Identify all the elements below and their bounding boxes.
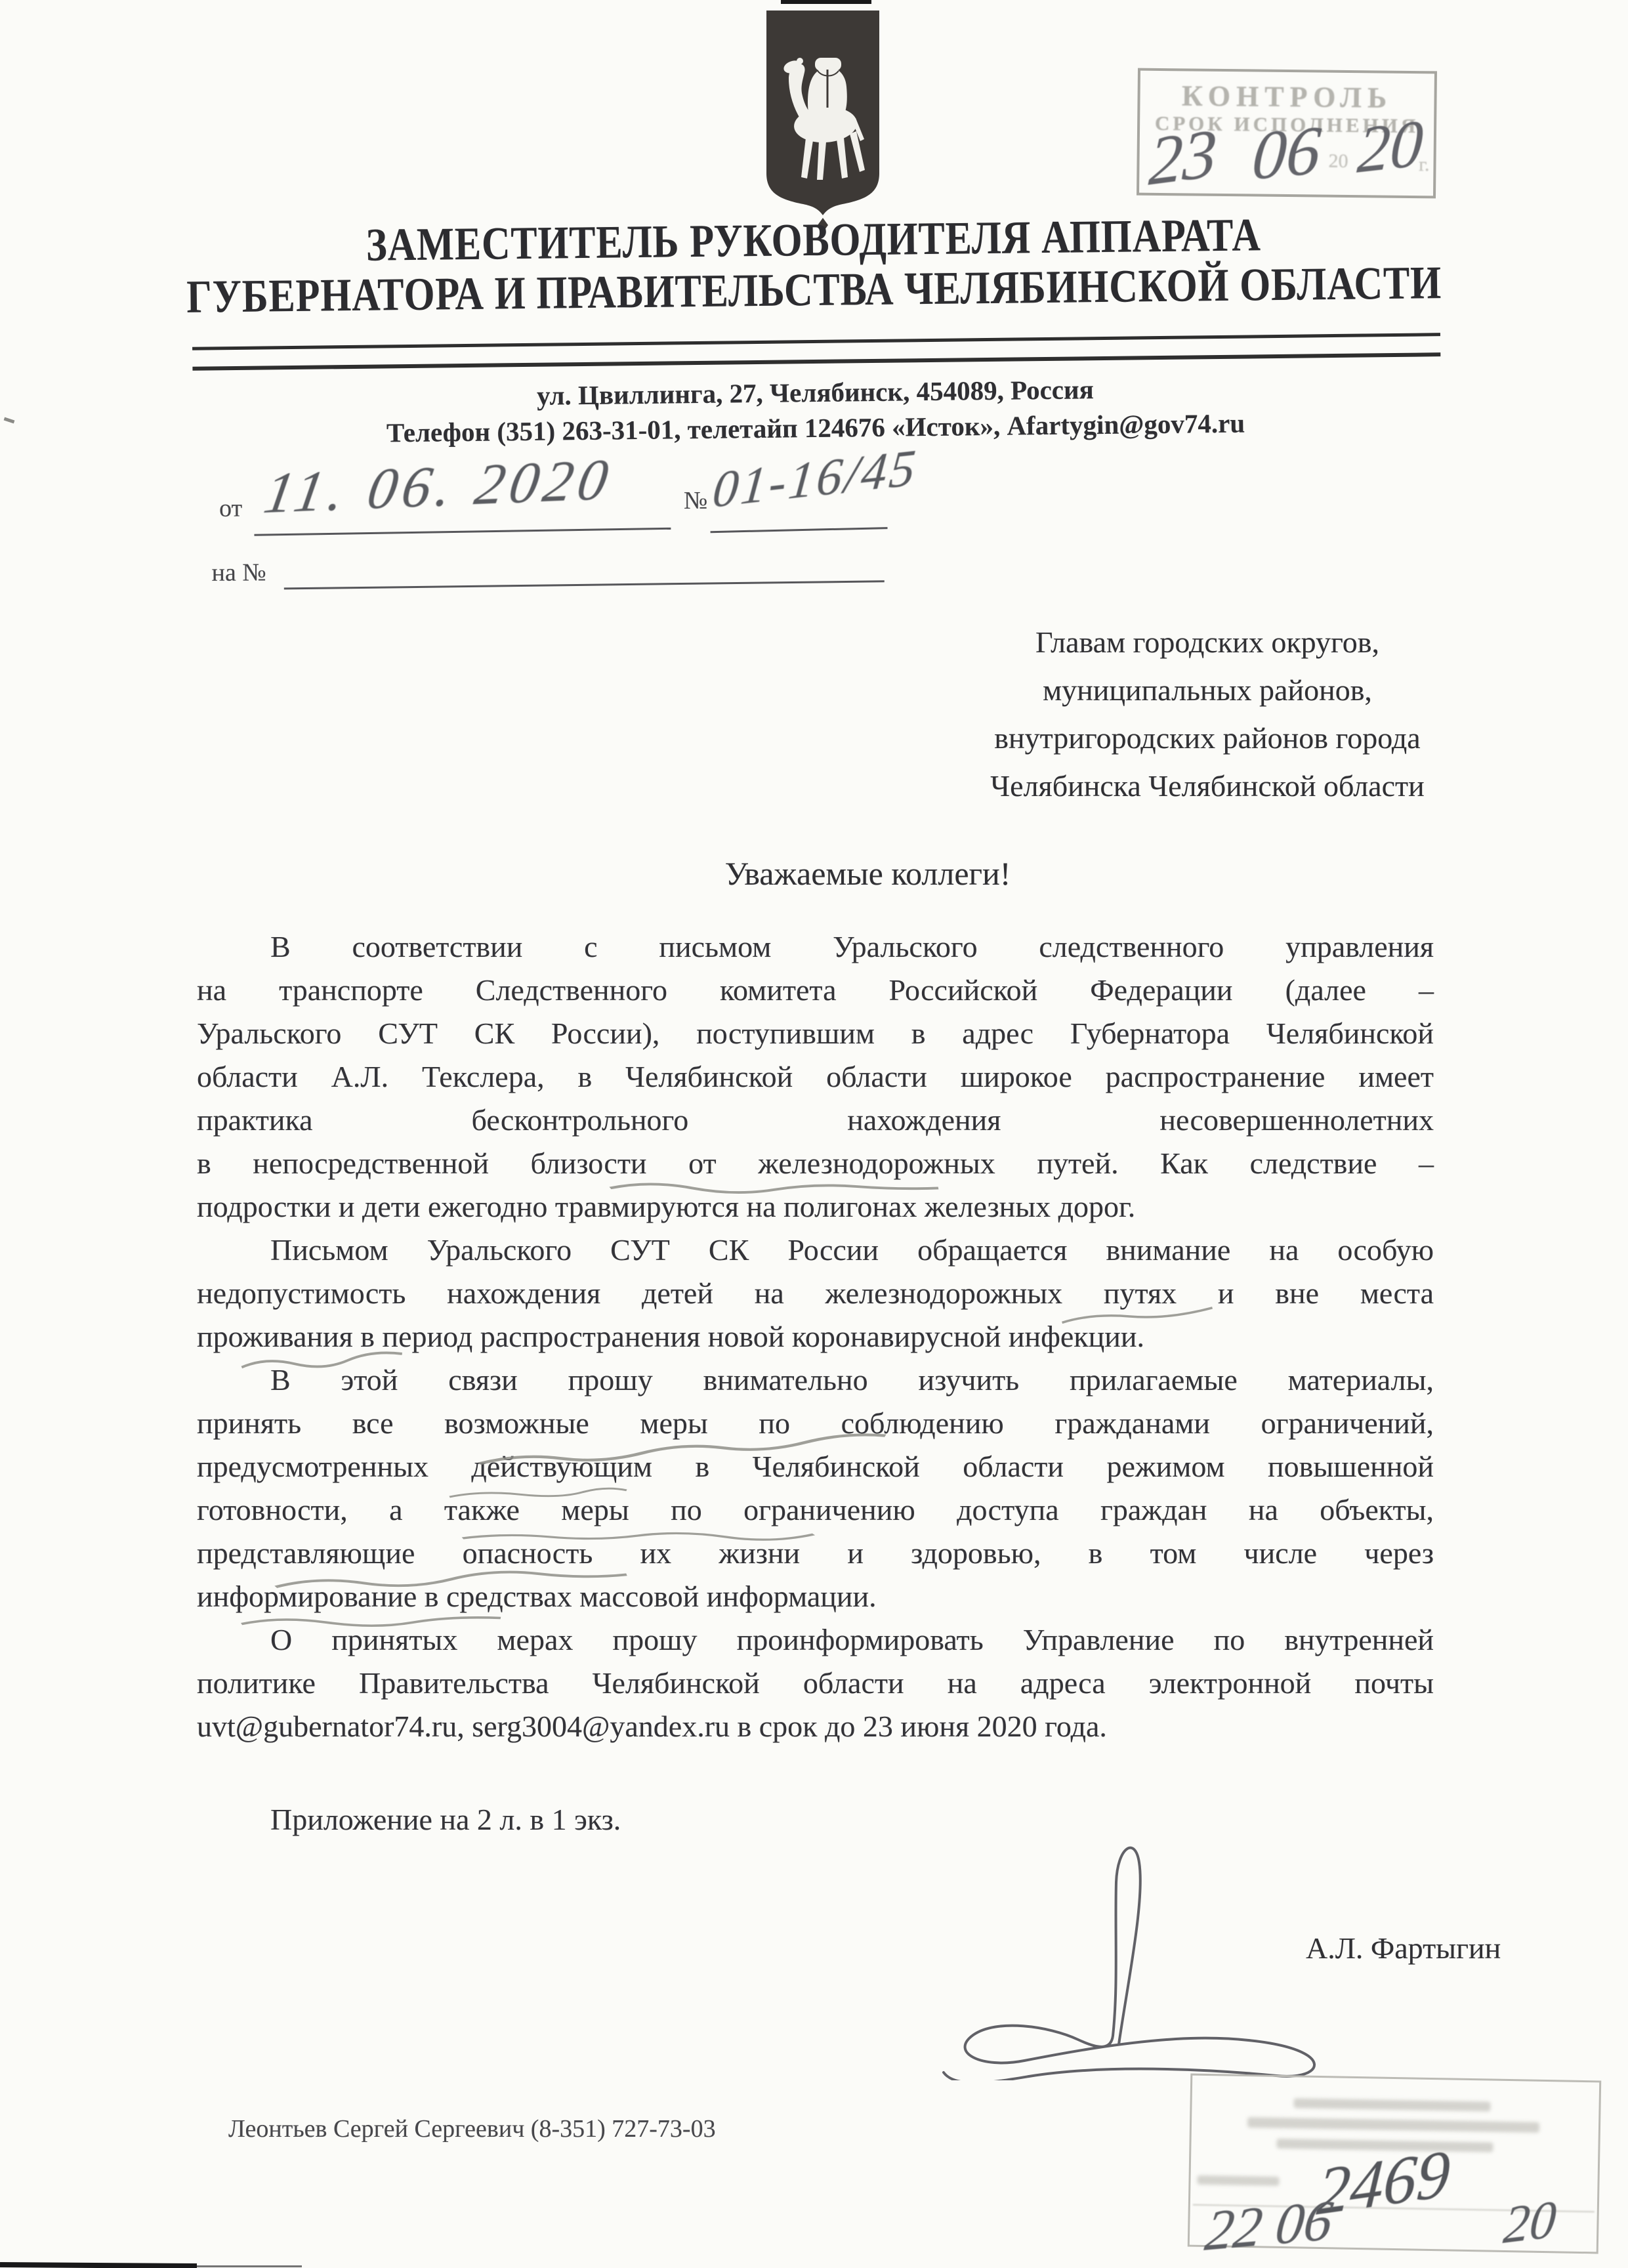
scanned-letter-page: КОНТРОЛЬ СРОК ИСПОЛНЕНИЯ 20 г. 23 06 20 …	[0, 0, 1628, 2268]
stamp-faded-text-line	[1293, 2098, 1490, 2111]
incoming-date-handwritten: 22 06	[1201, 2187, 1336, 2264]
from-label: от	[219, 494, 242, 523]
control-stamp-hand-day: 23	[1147, 114, 1219, 201]
body-line: готовности, а также меры по ограничению …	[197, 1488, 1434, 1532]
control-stamp-printed-year: 20	[1328, 150, 1348, 173]
signature-flourish	[919, 1818, 1371, 2080]
addressee-line: Главам городских округов,	[938, 618, 1476, 666]
body-line: В соответствии с письмом Уральского след…	[197, 925, 1434, 969]
stamp-faded-label	[1197, 2175, 1279, 2186]
number-label: №	[684, 486, 707, 515]
control-stamp: КОНТРОЛЬ СРОК ИСПОЛНЕНИЯ 20 г. 23 06 20	[1137, 68, 1437, 199]
executor-contact: Леонтьев Сергей Сергеевич (8-351) 727-73…	[228, 2114, 716, 2143]
body-line: практика бесконтрольного нахождения несо…	[197, 1099, 1434, 1142]
addressee-line: Челябинска Челябинской области	[938, 762, 1476, 810]
control-stamp-hand-month: 06	[1249, 110, 1324, 196]
body-line: uvt@gubernator74.ru, serg3004@yandex.ru …	[197, 1705, 1434, 1748]
letterhead-rule-top	[192, 333, 1440, 350]
paragraph-4: О принятых мерах прошу проинформировать …	[197, 1618, 1434, 1748]
stamp-faded-text-line	[1247, 2117, 1539, 2133]
control-stamp-hand-year: 20	[1355, 104, 1425, 188]
reply-underline	[283, 556, 884, 589]
incoming-year-handwritten: 20	[1501, 2189, 1559, 2256]
reply-label: на №	[211, 558, 266, 587]
addressee-line: муниципальных районов,	[938, 666, 1476, 714]
letterhead-rule-bottom	[192, 352, 1440, 371]
body-line: области А.Л. Текслера, в Челябинской обл…	[197, 1055, 1434, 1099]
paragraph-2: Письмом Уральского СУТ СК России обращае…	[197, 1228, 1434, 1358]
body-line: Уральского СУТ СК России), поступившим в…	[197, 1012, 1434, 1055]
body-line: политике Правительства Челябинской облас…	[197, 1662, 1434, 1705]
addressee-line: внутригородских районов города	[938, 714, 1476, 762]
chelyabinsk-camel-emblem-icon	[760, 8, 886, 231]
body-line: на транспорте Следственного комитета Рос…	[197, 969, 1434, 1012]
incoming-registration-stamp: 2469 22 06 20	[1188, 2074, 1602, 2254]
signer-name: А.Л. Фартыгин	[1306, 1931, 1501, 1965]
pen-underline-railways	[610, 1179, 938, 1194]
addressee-block: Главам городских округов,муниципальных р…	[938, 618, 1476, 810]
scan-bottom-edge-thin	[157, 2265, 302, 2267]
number-underline	[710, 503, 888, 533]
pen-underline-ogranicheniyu	[463, 1529, 814, 1542]
body-line: представляющие опасность их жизни и здор…	[197, 1532, 1434, 1575]
emblem-top-bar	[781, 0, 871, 4]
body-line: недопустимость нахождения детей на желез…	[197, 1272, 1434, 1315]
body-line: Письмом Уральского СУТ СК России обращае…	[197, 1228, 1434, 1272]
salutation: Уважаемые коллеги!	[249, 854, 1486, 892]
